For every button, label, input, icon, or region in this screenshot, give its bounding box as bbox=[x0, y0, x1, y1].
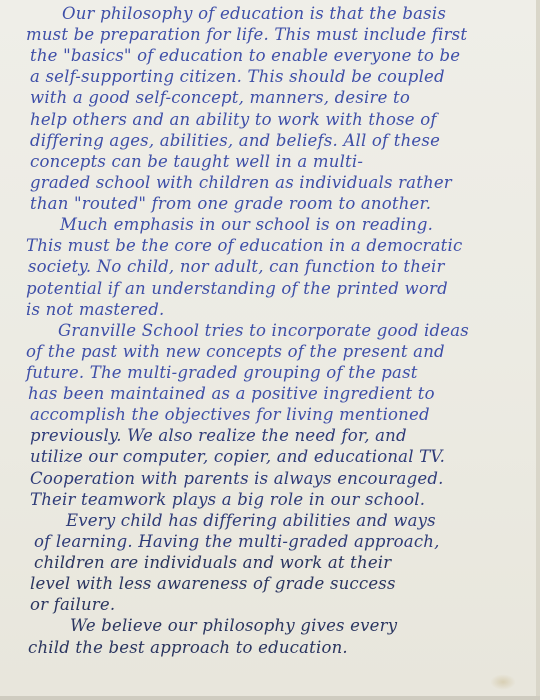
text-line: Their teamwork plays a big role in our s… bbox=[30, 490, 425, 509]
handwritten-page: Our philosophy of education is that the … bbox=[0, 0, 540, 700]
text-line: children are individuals and work at the… bbox=[34, 553, 391, 572]
text-line: future. The multi-graded grouping of the… bbox=[26, 363, 418, 382]
text-line: utilize our computer, copier, and educat… bbox=[30, 447, 445, 466]
text-line: graded school with children as individua… bbox=[30, 173, 452, 192]
text-line: of the past with new concepts of the pre… bbox=[26, 342, 445, 361]
text-line: or failure. bbox=[30, 595, 115, 614]
text-line: Every child has differing abilities and … bbox=[66, 511, 436, 530]
text-line: accomplish the objectives for living men… bbox=[30, 405, 430, 424]
text-line: potential if an understanding of the pri… bbox=[26, 279, 448, 298]
text-line: has been maintained as a positive ingred… bbox=[28, 384, 435, 403]
text-line: differing ages, abilities, and beliefs. … bbox=[30, 131, 440, 150]
text-line: a self-supporting citizen. This should b… bbox=[30, 67, 445, 86]
text-line: is not mastered. bbox=[26, 300, 164, 319]
page-edge-right bbox=[536, 0, 540, 700]
text-line: This must be the core of education in a … bbox=[26, 236, 462, 255]
page-edge-bottom bbox=[0, 696, 540, 700]
text-line: level with less awareness of grade succe… bbox=[30, 574, 396, 593]
text-line: society. No child, nor adult, can functi… bbox=[28, 257, 445, 276]
text-line: with a good self-concept, manners, desir… bbox=[30, 88, 410, 107]
text-line: than "routed" from one grade room to ano… bbox=[30, 194, 431, 213]
text-line: the "basics" of education to enable ever… bbox=[30, 46, 460, 65]
text-line: Our philosophy of education is that the … bbox=[62, 4, 446, 23]
text-line: child the best approach to education. bbox=[28, 638, 348, 657]
text-line: We believe our philosophy gives every bbox=[70, 616, 397, 635]
text-line: Cooperation with parents is always encou… bbox=[30, 469, 444, 488]
text-line: Much emphasis in our school is on readin… bbox=[60, 215, 433, 234]
text-line: of learning. Having the multi-graded app… bbox=[34, 532, 440, 551]
text-line: concepts can be taught well in a multi- bbox=[30, 152, 363, 171]
paper-stain bbox=[490, 674, 516, 690]
text-line: must be preparation for life. This must … bbox=[26, 25, 467, 44]
text-line: Granville School tries to incorporate go… bbox=[58, 321, 469, 340]
text-line: previously. We also realize the need for… bbox=[30, 426, 407, 445]
text-line: help others and an ability to work with … bbox=[30, 110, 437, 129]
